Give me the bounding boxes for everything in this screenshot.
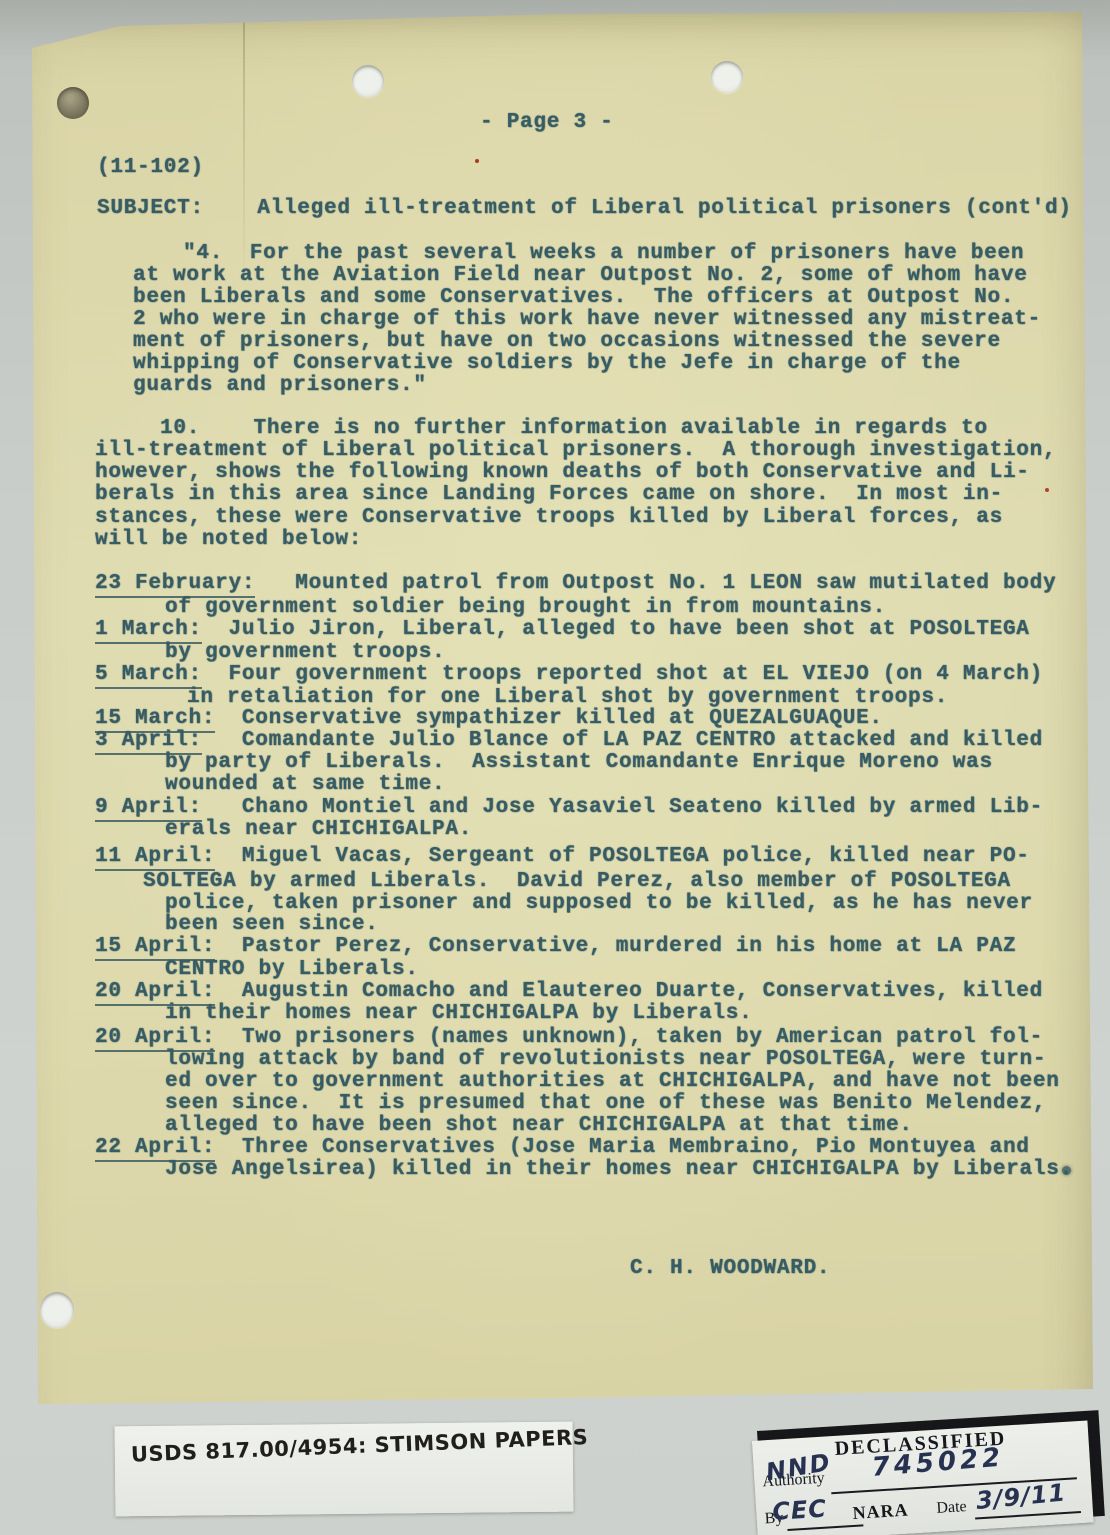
typed-line-text: at work at the Aviation Field near Outpo…	[133, 264, 1028, 287]
typed-line: been seen since.	[165, 914, 379, 936]
typed-line-text: SOLTEGA by armed Liberals. David Perez, …	[143, 870, 1011, 893]
typed-line: ment of prisoners, but have on two occas…	[133, 331, 1001, 353]
typed-line-text: ment of prisoners, but have on two occas…	[133, 330, 1001, 353]
typed-text-layer: - Page 3 -(11-102)SUBJECT: Alleged ill-t…	[0, 0, 1110, 1535]
typed-line-text: C. H. WOODWARD.	[630, 1257, 830, 1280]
typed-line: CENTRO by Liberals.	[165, 959, 419, 981]
typed-line: alleged to have been shot near CHICHIGAL…	[165, 1115, 913, 1137]
typed-line-text: by party of Liberals. Assistant Comandan…	[165, 751, 993, 774]
subject-line: SUBJECT: Alleged ill-treatment of Libera…	[97, 198, 1072, 220]
typed-line: been Liberals and some Conservatives. Th…	[133, 287, 1014, 309]
typed-line-text: Jose Angelsirea) killed in their homes n…	[165, 1158, 1073, 1181]
typed-line-text: Julio Jiron, Liberal, alleged to have be…	[202, 618, 1030, 641]
typed-line-text: (11-102)	[97, 156, 204, 179]
typed-line-text: Three Conservatives (Jose Maria Membrain…	[215, 1136, 1029, 1159]
typed-line-text: 10. There is no further information avai…	[160, 417, 988, 440]
typed-line-text: alleged to have been shot near CHICHIGAL…	[165, 1114, 913, 1137]
file-number: (11-102)	[97, 157, 204, 179]
typed-line: berals in this area since Landing Forces…	[95, 484, 1003, 506]
archival-note-text: USDS 817.00/4954: STIMSON PAPERS	[130, 1425, 588, 1467]
typed-line-text: "4. For the past several weeks a number …	[183, 242, 1024, 265]
typed-line: in retaliation for one Liberal shot by g…	[187, 687, 948, 709]
typed-line: "4. For the past several weeks a number …	[183, 243, 1024, 265]
typed-line: ill-treatment of Liberal political priso…	[95, 440, 1056, 462]
casualty-entry-line: 15 March: Conservative sympathizer kille…	[95, 708, 883, 730]
stamp-date-label: Date	[936, 1498, 967, 1518]
date-label: 5 March:	[95, 663, 202, 689]
typed-line-text: police, taken prisoner and supposed to b…	[165, 892, 1033, 915]
casualty-entry-line: 22 April: Three Conservatives (Jose Mari…	[95, 1137, 1030, 1159]
casualty-entry-line: 1 March: Julio Jiron, Liberal, alleged t…	[95, 619, 1030, 641]
typed-line-text: Conservative sympathizer killed at QUEZA…	[215, 707, 883, 730]
typed-line-text: stances, these were Conservative troops …	[95, 506, 1003, 529]
casualty-entry-line: 9 April: Chano Montiel and Jose Yasaviel…	[95, 797, 1043, 819]
casualty-entry-line: 15 April: Pastor Perez, Conservative, mu…	[95, 936, 1016, 958]
typed-line: by party of Liberals. Assistant Comandan…	[165, 752, 993, 774]
typed-line-text: Augustin Comacho and Elautereo Duarte, C…	[215, 980, 1043, 1003]
typed-line: however, shows the following known death…	[95, 462, 1030, 484]
typed-line-text: will be noted below:	[95, 528, 362, 551]
typed-line-text: erals near CHICHIGALPA.	[165, 818, 472, 841]
typed-line-text: Comandante Julio Blance of LA PAZ CENTRO…	[202, 729, 1043, 752]
typed-line: ed over to government authorities at CHI…	[165, 1071, 1060, 1093]
typed-line-text: Four government troops reported shot at …	[202, 663, 1043, 686]
typed-line-text: whipping of Conservative soldiers by the…	[133, 352, 961, 375]
page-number: - Page 3 -	[480, 112, 614, 134]
typed-line-text: 2 who were in charge of this work have n…	[133, 308, 1041, 331]
typed-line: 10. There is no further information avai…	[160, 418, 988, 440]
casualty-entry-line: 20 April: Augustin Comacho and Elautereo…	[95, 981, 1043, 1003]
typed-line: at work at the Aviation Field near Outpo…	[133, 265, 1028, 287]
typed-line-text: CENTRO by Liberals.	[165, 958, 419, 981]
typed-line: will be noted below:	[95, 529, 362, 551]
casualty-entry-line: 23 February: Mounted patrol from Outpost…	[95, 573, 1056, 595]
typed-line: by government troops.	[165, 642, 445, 664]
typed-line-text: guards and prisoners."	[133, 374, 427, 397]
typed-line: in their homes near CHICHIGALPA by Liber…	[165, 1003, 753, 1025]
typed-line-text: ill-treatment of Liberal political priso…	[95, 439, 1056, 462]
typed-line-text: berals in this area since Landing Forces…	[95, 483, 1003, 506]
typed-line-text: by government troops.	[165, 641, 445, 664]
typed-line-text: - Page 3 -	[480, 111, 614, 134]
typed-line-text: Pastor Perez, Conservative, murdered in …	[215, 935, 1016, 958]
typed-line-text: been Liberals and some Conservatives. Th…	[133, 286, 1014, 309]
typed-line: of government soldier being brought in f…	[165, 597, 886, 619]
signature: C. H. WOODWARD.	[630, 1258, 830, 1280]
typed-line: whipping of Conservative soldiers by the…	[133, 353, 961, 375]
typed-line-text: of government soldier being brought in f…	[165, 596, 886, 619]
handwritten-by-initials: CEC	[772, 1495, 828, 1526]
casualty-entry-line: 3 April: Comandante Julio Blance of LA P…	[95, 730, 1043, 752]
typed-line-text: Two prisoners (names unknown), taken by …	[215, 1026, 1043, 1049]
casualty-entry-line: 20 April: Two prisoners (names unknown),…	[95, 1027, 1043, 1049]
typed-line: Jose Angelsirea) killed in their homes n…	[165, 1159, 1073, 1181]
typed-line: lowing attack by band of revolutionists …	[165, 1049, 1046, 1071]
typed-line: guards and prisoners."	[133, 375, 427, 397]
typed-line-text: ed over to government authorities at CHI…	[165, 1070, 1060, 1093]
stamp-nara-label: NARA	[852, 1500, 909, 1524]
typed-line-text: however, shows the following known death…	[95, 461, 1030, 484]
typed-line-text: seen since. It is presumed that one of t…	[165, 1092, 1046, 1115]
typed-line-text: in their homes near CHICHIGALPA by Liber…	[165, 1002, 753, 1025]
typed-line-text: been seen since.	[165, 913, 379, 936]
typed-line-text: wounded at same time.	[165, 773, 445, 796]
typed-line-text: in retaliation for one Liberal shot by g…	[187, 686, 948, 709]
declassified-stamp: DECLASSIFIED Authority By NARA Date NND …	[752, 1420, 1094, 1535]
date-label: 11 April:	[95, 845, 215, 871]
typed-line-text: SUBJECT: Alleged ill-treatment of Libera…	[97, 197, 1072, 220]
typed-line-text: Mounted patrol from Outpost No. 1 LEON s…	[255, 572, 1056, 595]
typed-line-text: Miguel Vacas, Sergeant of POSOLTEGA poli…	[215, 845, 1029, 868]
typed-line: stances, these were Conservative troops …	[95, 507, 1003, 529]
typed-line: erals near CHICHIGALPA.	[165, 819, 472, 841]
typed-line-text: lowing attack by band of revolutionists …	[165, 1048, 1046, 1071]
casualty-entry-line: 11 April: Miguel Vacas, Sergeant of POSO…	[95, 846, 1030, 868]
typed-line-text: Chano Montiel and Jose Yasaviel Seateno …	[202, 796, 1043, 819]
typed-line: SOLTEGA by armed Liberals. David Perez, …	[143, 871, 1011, 893]
casualty-entry-line: 5 March: Four government troops reported…	[95, 664, 1043, 686]
typed-line: police, taken prisoner and supposed to b…	[165, 893, 1033, 915]
typed-line: wounded at same time.	[165, 774, 445, 796]
archival-note-label: USDS 817.00/4954: STIMSON PAPERS	[115, 1422, 574, 1517]
typed-line: 2 who were in charge of this work have n…	[133, 309, 1041, 331]
date-label: 23 February:	[95, 572, 255, 598]
typed-line: seen since. It is presumed that one of t…	[165, 1093, 1046, 1115]
